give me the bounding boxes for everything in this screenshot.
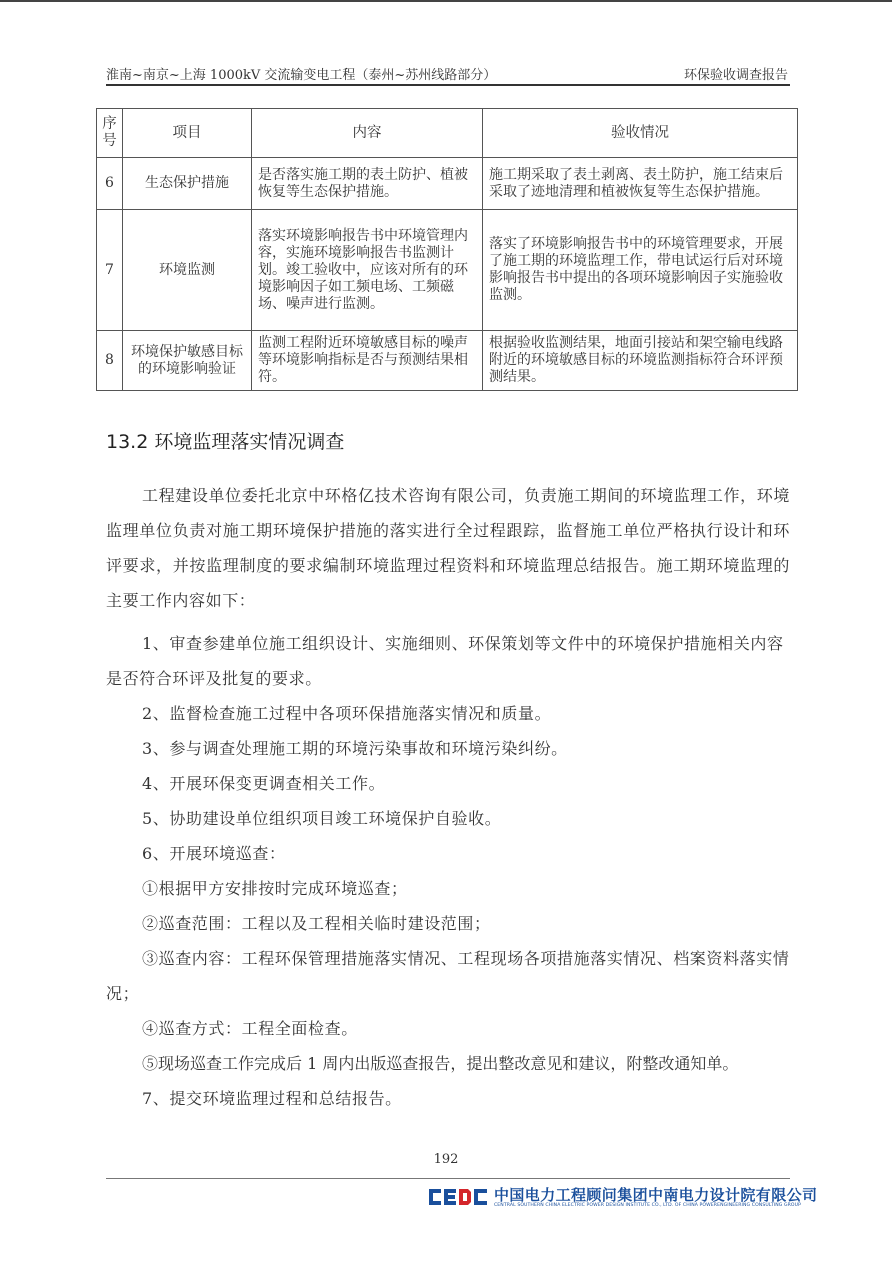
cell-item: 生态保护措施 [123,158,252,210]
cell-no: 7 [97,210,123,331]
table-row: 7 环境监测 落实环境影响报告书中环境管理内容，实施环境影响报告书监测计划。竣工… [97,210,798,331]
header-project-title: 淮南~南京~上海 1000kV 交流输变电工程（泰州~苏州线路部分） [106,64,496,83]
cell-result: 落实了环境影响报告书中的环境管理要求，开展了施工期的环境监理工作，带电试运行后对… [483,210,798,331]
intro-paragraph: 工程建设单位委托北京中环格亿技术咨询有限公司，负责施工期间的环境监理工作，环境监… [106,478,790,618]
section-heading: 13.2 环境监理落实情况调查 [106,427,344,454]
cell-no: 6 [97,158,123,210]
table-header-row: 序号 项目 内容 验收情况 [97,109,798,158]
column-header-content: 内容 [252,109,483,158]
section-intro: 工程建设单位委托北京中环格亿技术咨询有限公司，负责施工期间的环境监理工作，环境监… [106,478,790,618]
column-header-result: 验收情况 [483,109,798,158]
list-item: 7、提交环境监理过程和总结报告。 [106,1081,790,1116]
cell-item: 环境监测 [123,210,252,331]
page-header: 淮南~南京~上海 1000kV 交流输变电工程（泰州~苏州线路部分） 环保验收调… [106,62,788,84]
company-name-cn: 中国电力工程顾问集团中南电力设计院有限公司 [494,1184,817,1205]
cell-content: 监测工程附近环境敏感目标的噪声等环境影响指标是否与预测结果相符。 [252,331,483,391]
list-item: 4、开展环保变更调查相关工作。 [106,766,790,801]
acceptance-table: 序号 项目 内容 验收情况 6 生态保护措施 是否落实施工期的表土防护、植被恢复… [96,108,798,391]
header-divider [106,84,790,86]
list-item: 5、协助建设单位组织项目竣工环境保护自验收。 [106,801,790,836]
cell-result: 施工期采取了表土剥离、表土防护，施工结束后采取了迹地清理和植被恢复等生态保护措施… [483,158,798,210]
header-report-title: 环保验收调查报告 [684,64,788,83]
column-header-item: 项目 [123,109,252,158]
list-item: ④巡查方式：工程全面检查。 [106,1011,790,1046]
cell-content: 落实环境影响报告书中环境管理内容，实施环境影响报告书监测计划。竣工验收中，应该对… [252,210,483,331]
company-name-en: CENTRAL SOUTHERN CHINA ELECTRIC POWER DE… [494,1203,801,1208]
table-row: 8 环境保护敏感目标的环境影响验证 监测工程附近环境敏感目标的噪声等环境影响指标… [97,331,798,391]
cedc-logo-icon [428,1187,488,1207]
list-item: ⑤现场巡查工作完成后 1 周内出版巡查报告，提出整改意见和建议，附整改通知单。 [106,1046,790,1081]
table-row: 6 生态保护措施 是否落实施工期的表土防护、植被恢复等生态保护措施。 施工期采取… [97,158,798,210]
company-logo: 中国电力工程顾问集团中南电力设计院有限公司 CENTRAL SOUTHERN C… [428,1185,790,1213]
list-item: ②巡查范围：工程以及工程相关临时建设范围； [106,906,790,941]
cell-no: 8 [97,331,123,391]
list-item: 6、开展环境巡查： [106,836,790,871]
column-header-no: 序号 [97,109,123,158]
cell-item: 环境保护敏感目标的环境影响验证 [123,331,252,391]
list-item: 3、参与调查处理施工期的环境污染事故和环境污染纠纷。 [106,731,790,766]
work-items-list: 1、审查参建单位施工组织设计、实施细则、环保策划等文件中的环境保护措施相关内容是… [106,626,790,1116]
list-item: ③巡查内容：工程环保管理措施落实情况、工程现场各项措施落实情况、档案资料落实情况… [106,941,790,1011]
list-item: 2、监督检查施工过程中各项环保措施落实情况和质量。 [106,696,790,731]
footer-divider [106,1178,790,1179]
list-item: ①根据甲方安排按时完成环境巡查； [106,871,790,906]
cell-content: 是否落实施工期的表土防护、植被恢复等生态保护措施。 [252,158,483,210]
cell-result: 根据验收监测结果，地面引接站和架空输电线路附近的环境敏感目标的环境监测指标符合环… [483,331,798,391]
page-top-edge [0,0,892,2]
list-item: 1、审查参建单位施工组织设计、实施细则、环保策划等文件中的环境保护措施相关内容是… [106,626,790,696]
page-number: 192 [0,1152,892,1167]
